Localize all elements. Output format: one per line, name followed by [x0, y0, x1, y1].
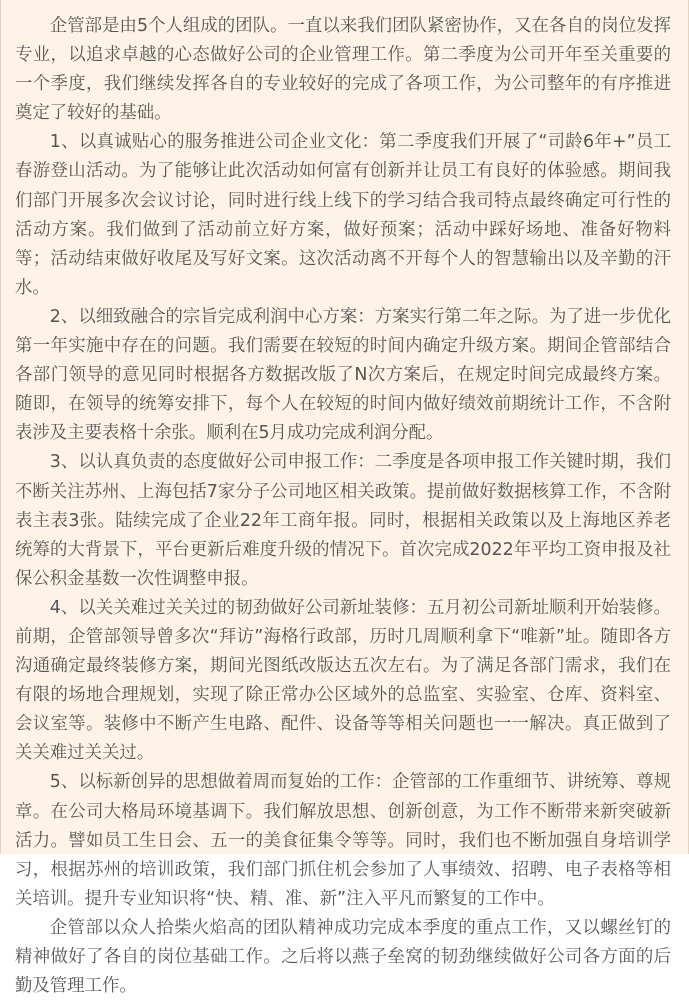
document-body: 企管部是由5个人组成的团队。一直以来我们团队紧密协作，又在各自的岗位发挥专业，以…	[0, 0, 689, 854]
paragraph-profit-center: 2、以细致融合的宗旨完成利润中心方案：方案实行第二年之际。为了进一步优化第一年实…	[15, 303, 671, 448]
paragraph-company-filings: 3、以认真负责的态度做好公司申报工作：二季度是各项申报工作关键时期，我们不断关注…	[15, 448, 671, 593]
paragraph-corporate-culture: 1、以真诚贴心的服务推进公司企业文化：第二季度我们开展了“司龄6年+”员工春游登…	[15, 128, 671, 303]
intro-paragraph: 企管部是由5个人组成的团队。一直以来我们团队紧密协作，又在各自的岗位发挥专业，以…	[15, 12, 671, 128]
paragraph-innovative-work: 5、以标新创异的思想做着周而复始的工作：企管部的工作重细节、讲统筹、尊规章。在公…	[15, 768, 671, 854]
paragraph-office-renovation: 4、以关关难过关关过的韧劲做好公司新址装修：五月初公司新址顺利开始装修。前期，企…	[15, 594, 671, 769]
